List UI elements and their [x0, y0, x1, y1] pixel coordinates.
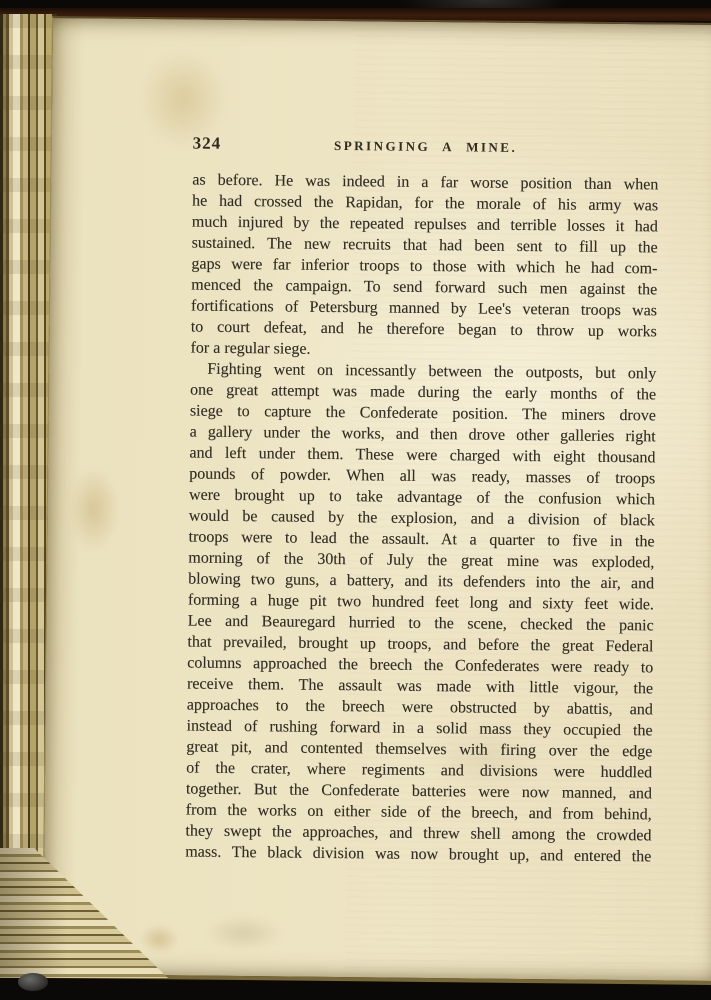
book-page: 324 SPRINGING A MINE. as before. He was … — [42, 16, 711, 985]
paper-stain — [203, 915, 283, 952]
clamp-knob — [18, 973, 48, 991]
book-photo-scene: 324 SPRINGING A MINE. as before. He was … — [0, 0, 711, 1000]
text-line: mass. The black division was now brought… — [185, 841, 651, 867]
paper-stain — [67, 466, 120, 553]
paper-stain — [139, 924, 179, 954]
running-header: SPRINGING A MINE. — [193, 136, 659, 157]
page-header-row: 324 SPRINGING A MINE. — [193, 133, 659, 160]
body-text: as before. He was indeed in a far worse … — [185, 169, 658, 867]
